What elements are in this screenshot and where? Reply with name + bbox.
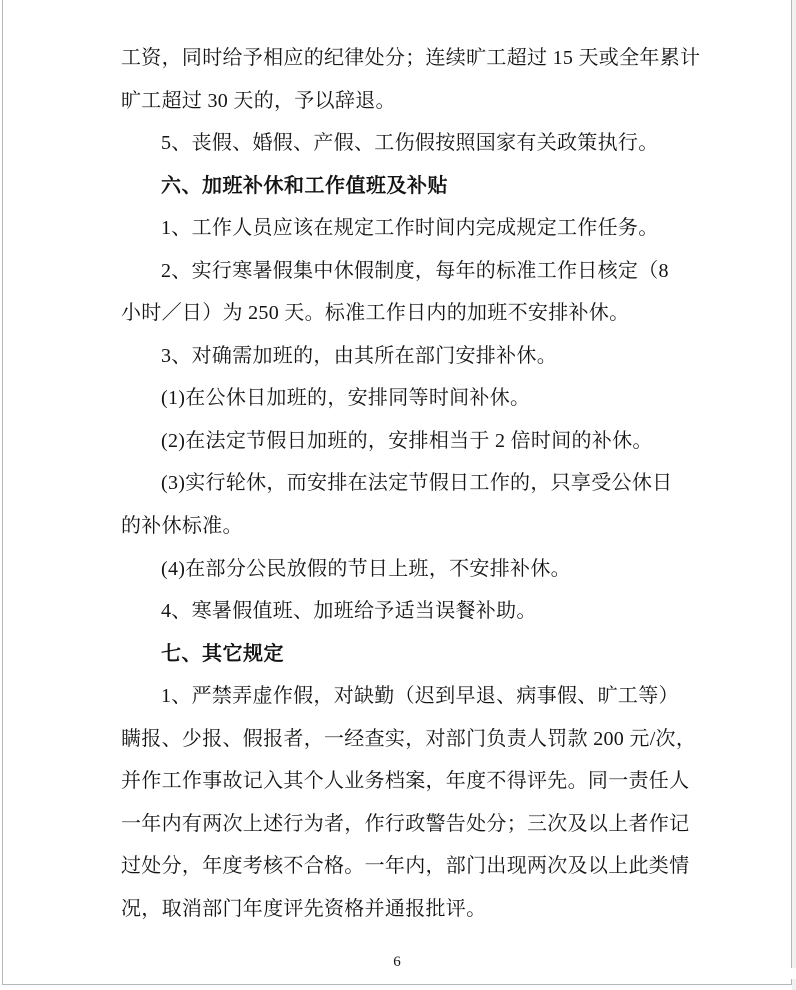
page-number: 6 [3, 951, 791, 973]
text-line: 小时／日）为 250 天。标准工作日内的加班不安排补休。 [121, 292, 661, 335]
page-right-gutter [792, 0, 796, 990]
text-line: 3、对确需加班的，由其所在部门安排补休。 [121, 335, 661, 378]
text-line: 过处分，年度考核不合格。一年内，部门出现两次及以上此类情 [121, 845, 661, 888]
text-line: 并作工作事故记入其个人业务档案，年度不得评先。同一责任人 [121, 760, 661, 803]
text-line: 1、严禁弄虚作假，对缺勤（迟到早退、病事假、旷工等） [121, 675, 661, 718]
text-line: (2)在法定节假日加班的，安排相当于 2 倍时间的补休。 [121, 420, 661, 463]
text-line: (3)实行轮休，而安排在法定节假日工作的，只享受公休日 [121, 462, 661, 505]
text-line: 5、丧假、婚假、产假、工伤假按照国家有关政策执行。 [121, 122, 661, 165]
section-heading: 六、加班补休和工作值班及补贴 [121, 165, 661, 208]
text-line: 瞒报、少报、假报者，一经查实，对部门负责人罚款 200 元/次， [121, 718, 661, 761]
text-line: 1、工作人员应该在规定工作时间内完成规定工作任务。 [121, 207, 661, 250]
page-body-text: 工资，同时给予相应的纪律处分；连续旷工超过 15 天或全年累计 旷工超过 30 … [121, 37, 661, 930]
document-page: 工资，同时给予相应的纪律处分；连续旷工超过 15 天或全年累计 旷工超过 30 … [2, 0, 792, 985]
text-line: 2、实行寒暑假集中休假制度，每年的标准工作日核定（8 [121, 250, 661, 293]
text-line: (4)在部分公民放假的节日上班，不安排补休。 [121, 548, 661, 591]
text-line: 4、寒暑假值班、加班给予适当误餐补助。 [121, 590, 661, 633]
text-line: 一年内有两次上述行为者，作行政警告处分；三次及以上者作记 [121, 803, 661, 846]
text-line: 况，取消部门年度评先资格并通报批评。 [121, 888, 661, 931]
text-line: 的补休标准。 [121, 505, 661, 548]
text-line: (1)在公休日加班的，安排同等时间补休。 [121, 377, 661, 420]
text-line: 工资，同时给予相应的纪律处分；连续旷工超过 15 天或全年累计 [121, 37, 661, 80]
text-line: 旷工超过 30 天的，予以辞退。 [121, 80, 661, 123]
section-heading: 七、其它规定 [121, 633, 661, 676]
document-viewport: 工资，同时给予相应的纪律处分；连续旷工超过 15 天或全年累计 旷工超过 30 … [0, 0, 796, 990]
page-right-gutter-notch [791, 968, 796, 979]
